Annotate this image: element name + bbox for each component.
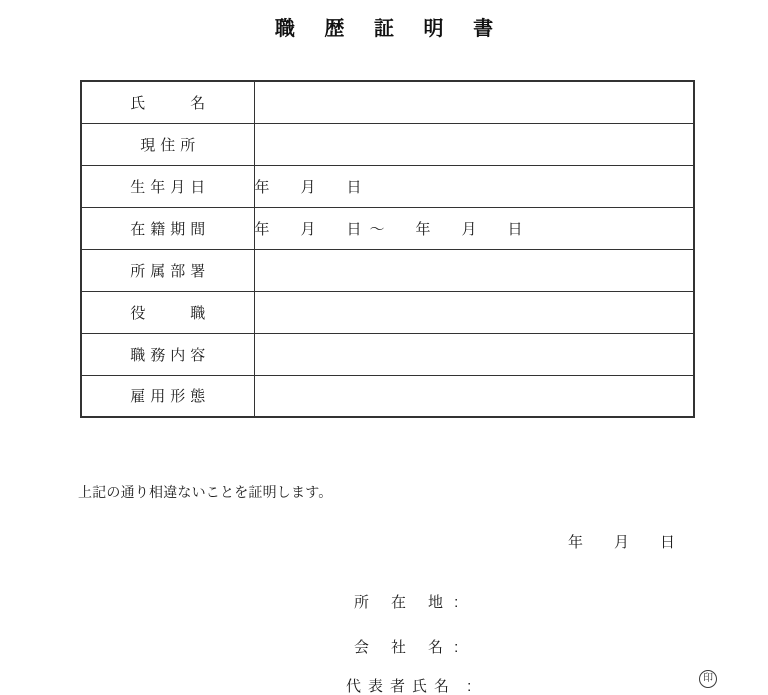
row-value-position[interactable] <box>254 291 694 333</box>
row-label-position: 役 職 <box>81 291 254 333</box>
employment-certificate-document: 職 歴 証 明 書 氏 名 現住所 生年月日 年 月 日 在籍期間 年 月 日～… <box>0 0 768 695</box>
table-row-position: 役 職 <box>81 291 694 333</box>
row-value-employment-period[interactable]: 年 月 日～ 年 月 日 <box>254 207 694 249</box>
row-value-department[interactable] <box>254 249 694 291</box>
row-value-employment-type[interactable] <box>254 375 694 417</box>
seal-stamp-icon: 印 <box>699 670 717 688</box>
row-value-job-description[interactable] <box>254 333 694 375</box>
representative-name-label[interactable]: 代表者氏名 : <box>346 675 478 695</box>
row-value-address[interactable] <box>254 123 694 165</box>
row-label-name: 氏 名 <box>81 81 254 123</box>
row-label-address: 現住所 <box>81 123 254 165</box>
row-value-birthdate[interactable]: 年 月 日 <box>254 165 694 207</box>
table-row-department: 所属部署 <box>81 249 694 291</box>
table-row-employment-period: 在籍期間 年 月 日～ 年 月 日 <box>81 207 694 249</box>
company-location-label[interactable]: 所 在 地 : <box>354 591 462 612</box>
row-value-name[interactable] <box>254 81 694 123</box>
certification-statement: 上記の通り相違ないことを証明します。 <box>78 482 332 502</box>
table-row-employment-type: 雇用形態 <box>81 375 694 417</box>
company-name-label[interactable]: 会 社 名 : <box>354 636 462 657</box>
page-title: 職 歴 証 明 書 <box>0 12 768 41</box>
employment-form-table: 氏 名 現住所 生年月日 年 月 日 在籍期間 年 月 日～ 年 月 日 所属部… <box>80 80 695 418</box>
row-label-employment-type: 雇用形態 <box>81 375 254 417</box>
row-label-job-description: 職務内容 <box>81 333 254 375</box>
row-label-employment-period: 在籍期間 <box>81 207 254 249</box>
table-row-name: 氏 名 <box>81 81 694 123</box>
table-row-job-description: 職務内容 <box>81 333 694 375</box>
row-label-department: 所属部署 <box>81 249 254 291</box>
table-row-address: 現住所 <box>81 123 694 165</box>
certification-date-line[interactable]: 年 月 日 <box>568 531 683 552</box>
table-row-birthdate: 生年月日 年 月 日 <box>81 165 694 207</box>
row-label-birthdate: 生年月日 <box>81 165 254 207</box>
